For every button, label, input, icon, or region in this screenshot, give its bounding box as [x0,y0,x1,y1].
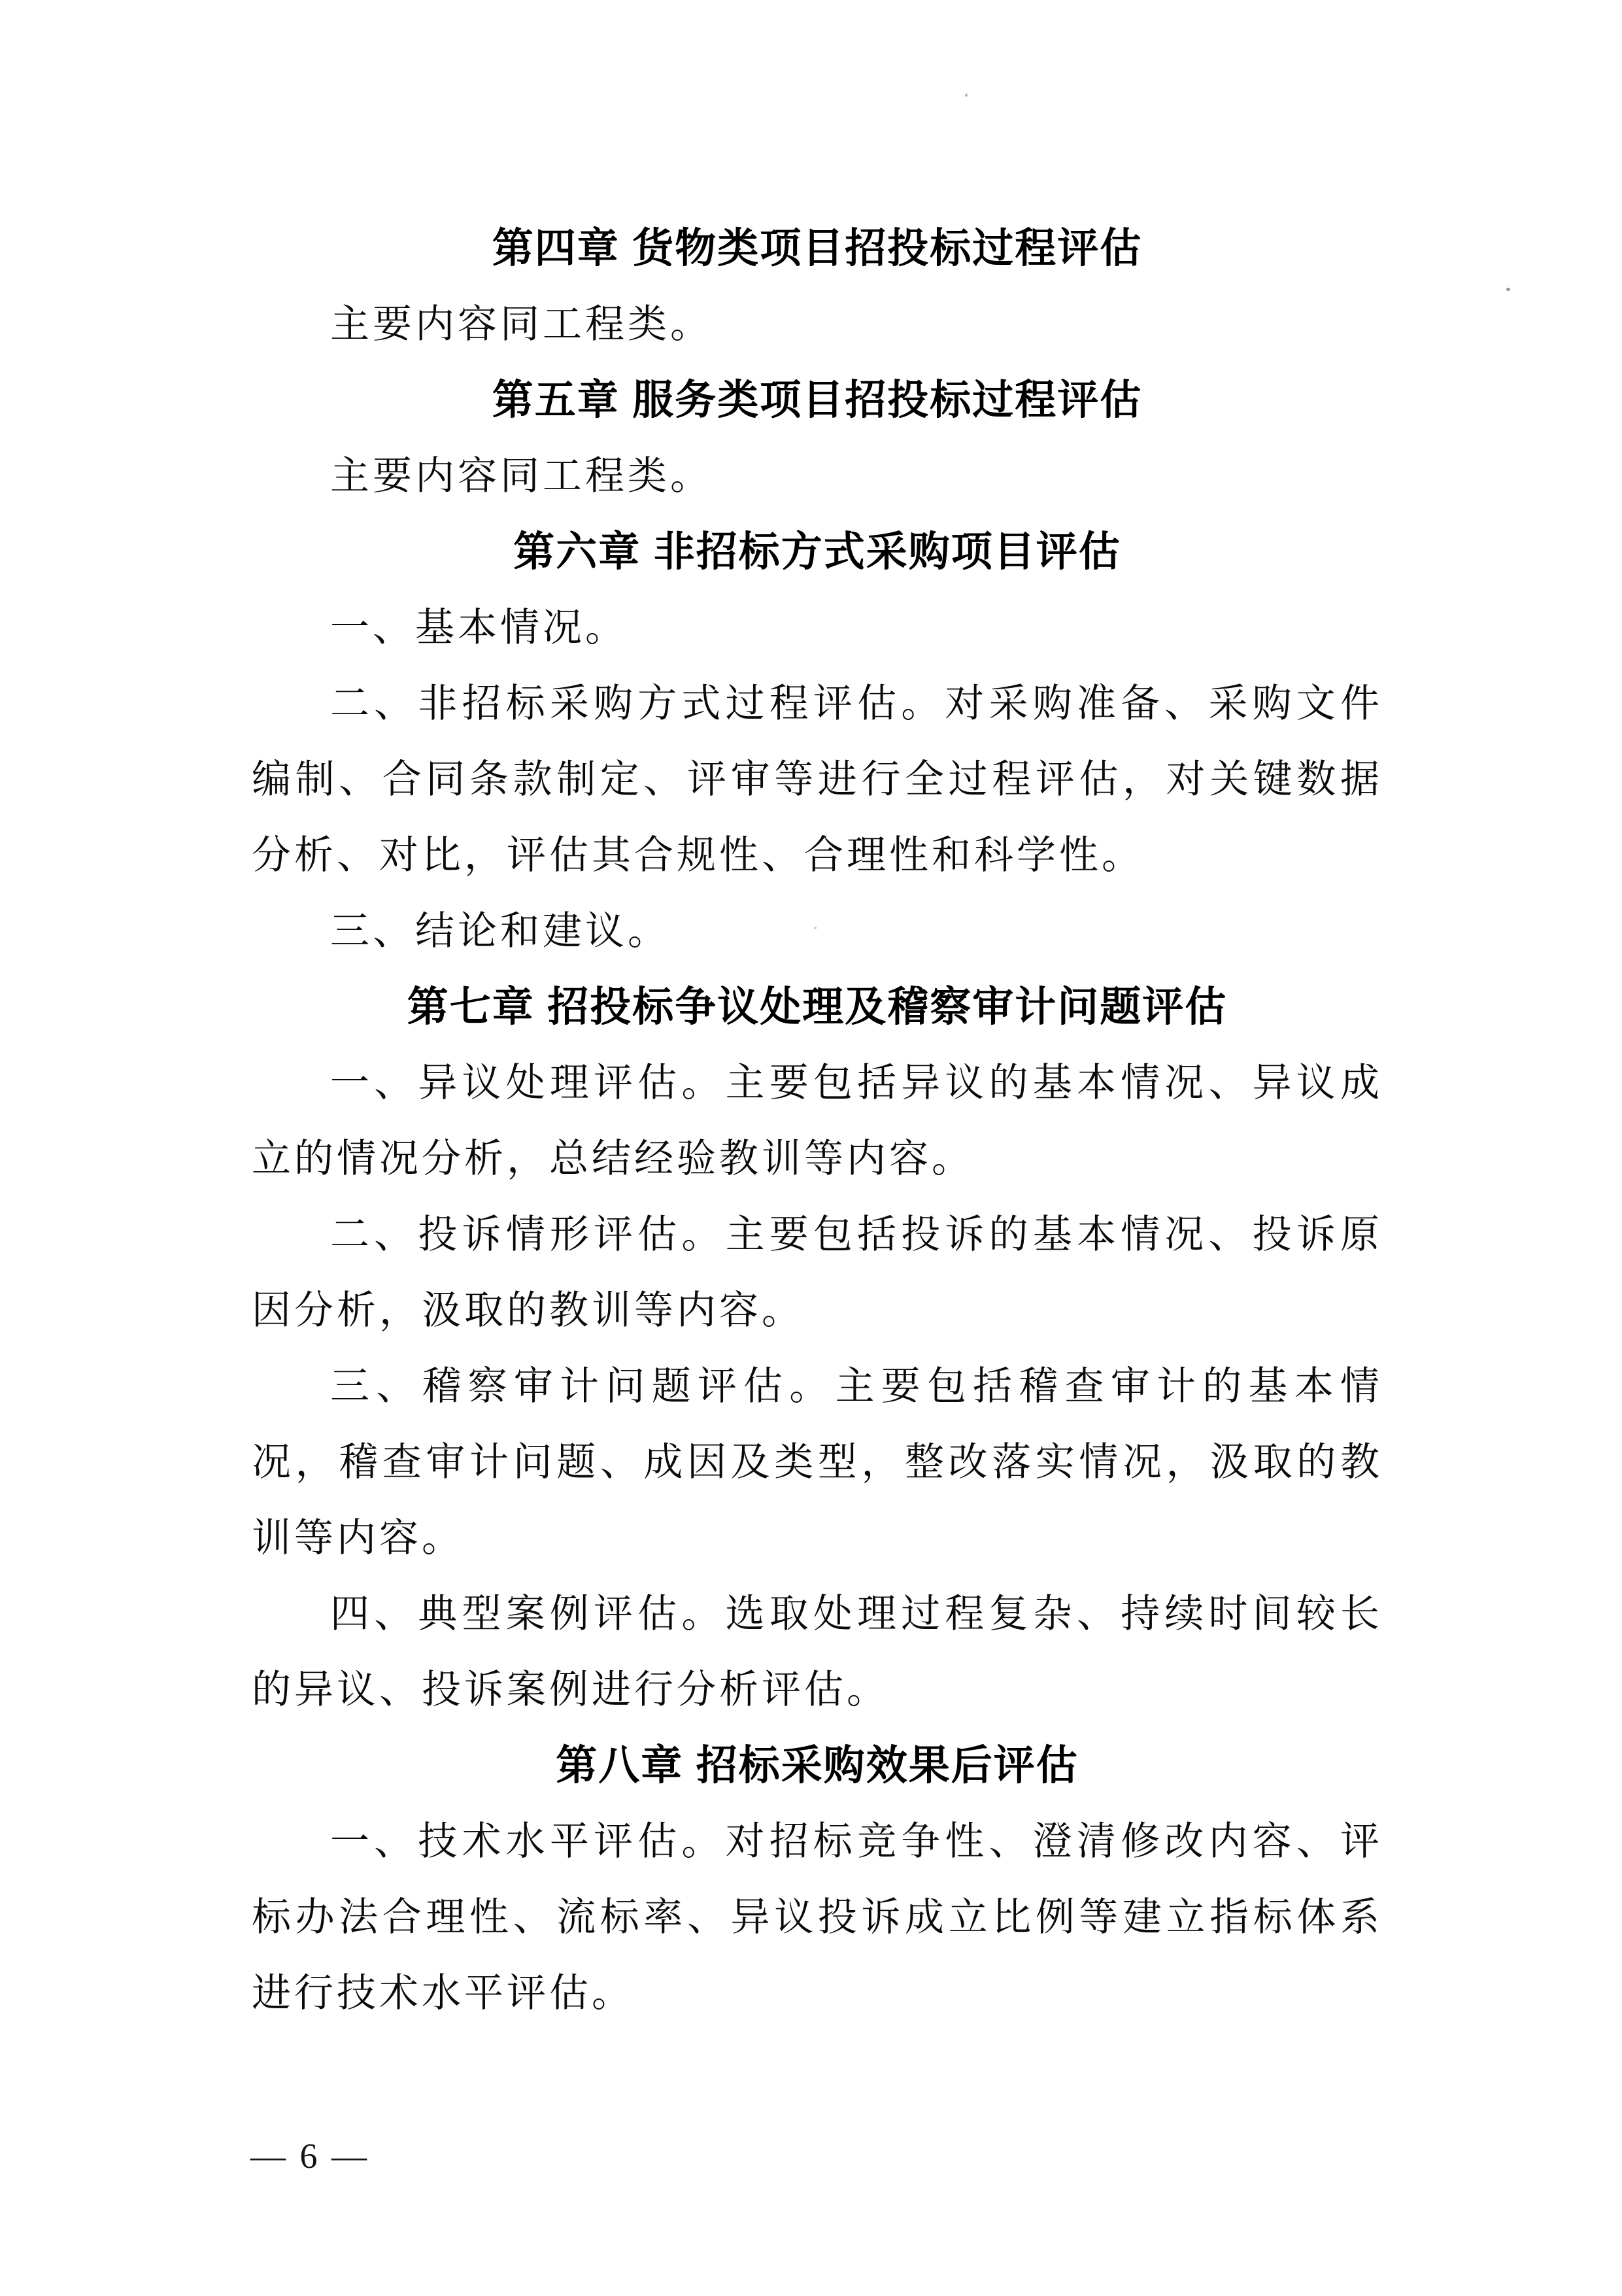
chapter-heading: 第五章 服务类项目招投标过程评估 [252,362,1383,438]
paragraph: 一、基本情况。 [252,590,1383,666]
chapter-heading: 第七章 招投标争议处理及稽察审计问题评估 [252,969,1383,1045]
paragraph: 主要内容同工程类。 [252,286,1383,362]
paragraph: 二、非招标采购方式过程评估。对采购准备、采购文件编制、合同条款制定、评审等进行全… [252,666,1383,893]
chapter-heading: 第四章 货物类项目招投标过程评估 [252,211,1383,286]
chapter-heading: 第六章 非招标方式采购项目评估 [252,514,1383,590]
scan-speck [1506,288,1510,291]
chapter-heading: 第八章 招标采购效果后评估 [252,1728,1383,1804]
document-page: 第四章 货物类项目招投标过程评估主要内容同工程类。第五章 服务类项目招投标过程评… [0,0,1622,2296]
page-number: — 6 — [250,2133,369,2179]
document-body: 第四章 货物类项目招投标过程评估主要内容同工程类。第五章 服务类项目招投标过程评… [252,211,1383,2031]
paragraph: 三、稽察审计问题评估。主要包括稽查审计的基本情况，稽查审计问题、成因及类型，整改… [252,1348,1383,1576]
scan-speck [814,927,817,929]
paragraph: 主要内容同工程类。 [252,438,1383,514]
paragraph: 二、投诉情形评估。主要包括投诉的基本情况、投诉原因分析，汲取的教训等内容。 [252,1197,1383,1348]
paragraph: 三、结论和建议。 [252,893,1383,969]
scan-speck [965,94,968,97]
paragraph: 一、技术水平评估。对招标竞争性、澄清修改内容、评标办法合理性、流标率、异议投诉成… [252,1804,1383,2031]
paragraph: 一、异议处理评估。主要包括异议的基本情况、异议成立的情况分析，总结经验教训等内容… [252,1045,1383,1197]
paragraph: 四、典型案例评估。选取处理过程复杂、持续时间较长的异议、投诉案例进行分析评估。 [252,1576,1383,1728]
